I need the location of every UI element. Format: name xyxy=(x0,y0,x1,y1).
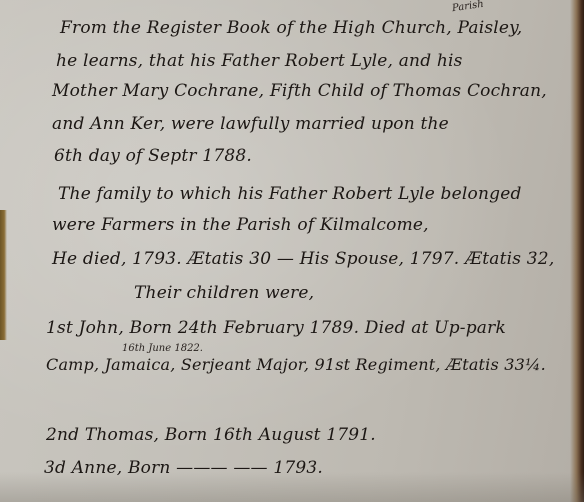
text-line-11: Camp, Jamaica, Serjeant Major, 91st Regi… xyxy=(46,355,546,374)
text-line-12: 2nd Thomas, Born 16th August 1791. xyxy=(46,425,376,445)
text-line-3: Mother Mary Cochrane, Fifth Child of Tho… xyxy=(52,81,547,101)
text-line-10: 1st John, Born 24th February 1789. Died … xyxy=(46,318,506,338)
page-edge-right xyxy=(570,0,584,502)
text-line-2: he learns, that his Father Robert Lyle, … xyxy=(56,51,463,71)
manuscript-page: Parish From the Register Book of the Hig… xyxy=(0,0,584,502)
text-line-5: 6th day of Septr 1788. xyxy=(54,146,252,166)
text-line-6: The family to which his Father Robert Ly… xyxy=(58,184,522,204)
binding-edge-left xyxy=(0,210,7,340)
interlinear-insertion-parish: Parish xyxy=(451,0,484,14)
text-line-4: and Ann Ker, were lawfully married upon … xyxy=(52,114,449,134)
text-line-1: From the Register Book of the High Churc… xyxy=(60,18,522,38)
text-line-13: 3d Anne, Born ——— —— 1793. xyxy=(44,458,323,478)
interlinear-insertion-death-date: 16th June 1822. xyxy=(122,343,203,354)
text-line-8: He died, 1793. Ætatis 30 — His Spouse, 1… xyxy=(52,249,554,269)
text-line-7: were Farmers in the Parish of Kilmalcome… xyxy=(52,215,429,235)
text-line-9: Their children were, xyxy=(134,283,314,303)
